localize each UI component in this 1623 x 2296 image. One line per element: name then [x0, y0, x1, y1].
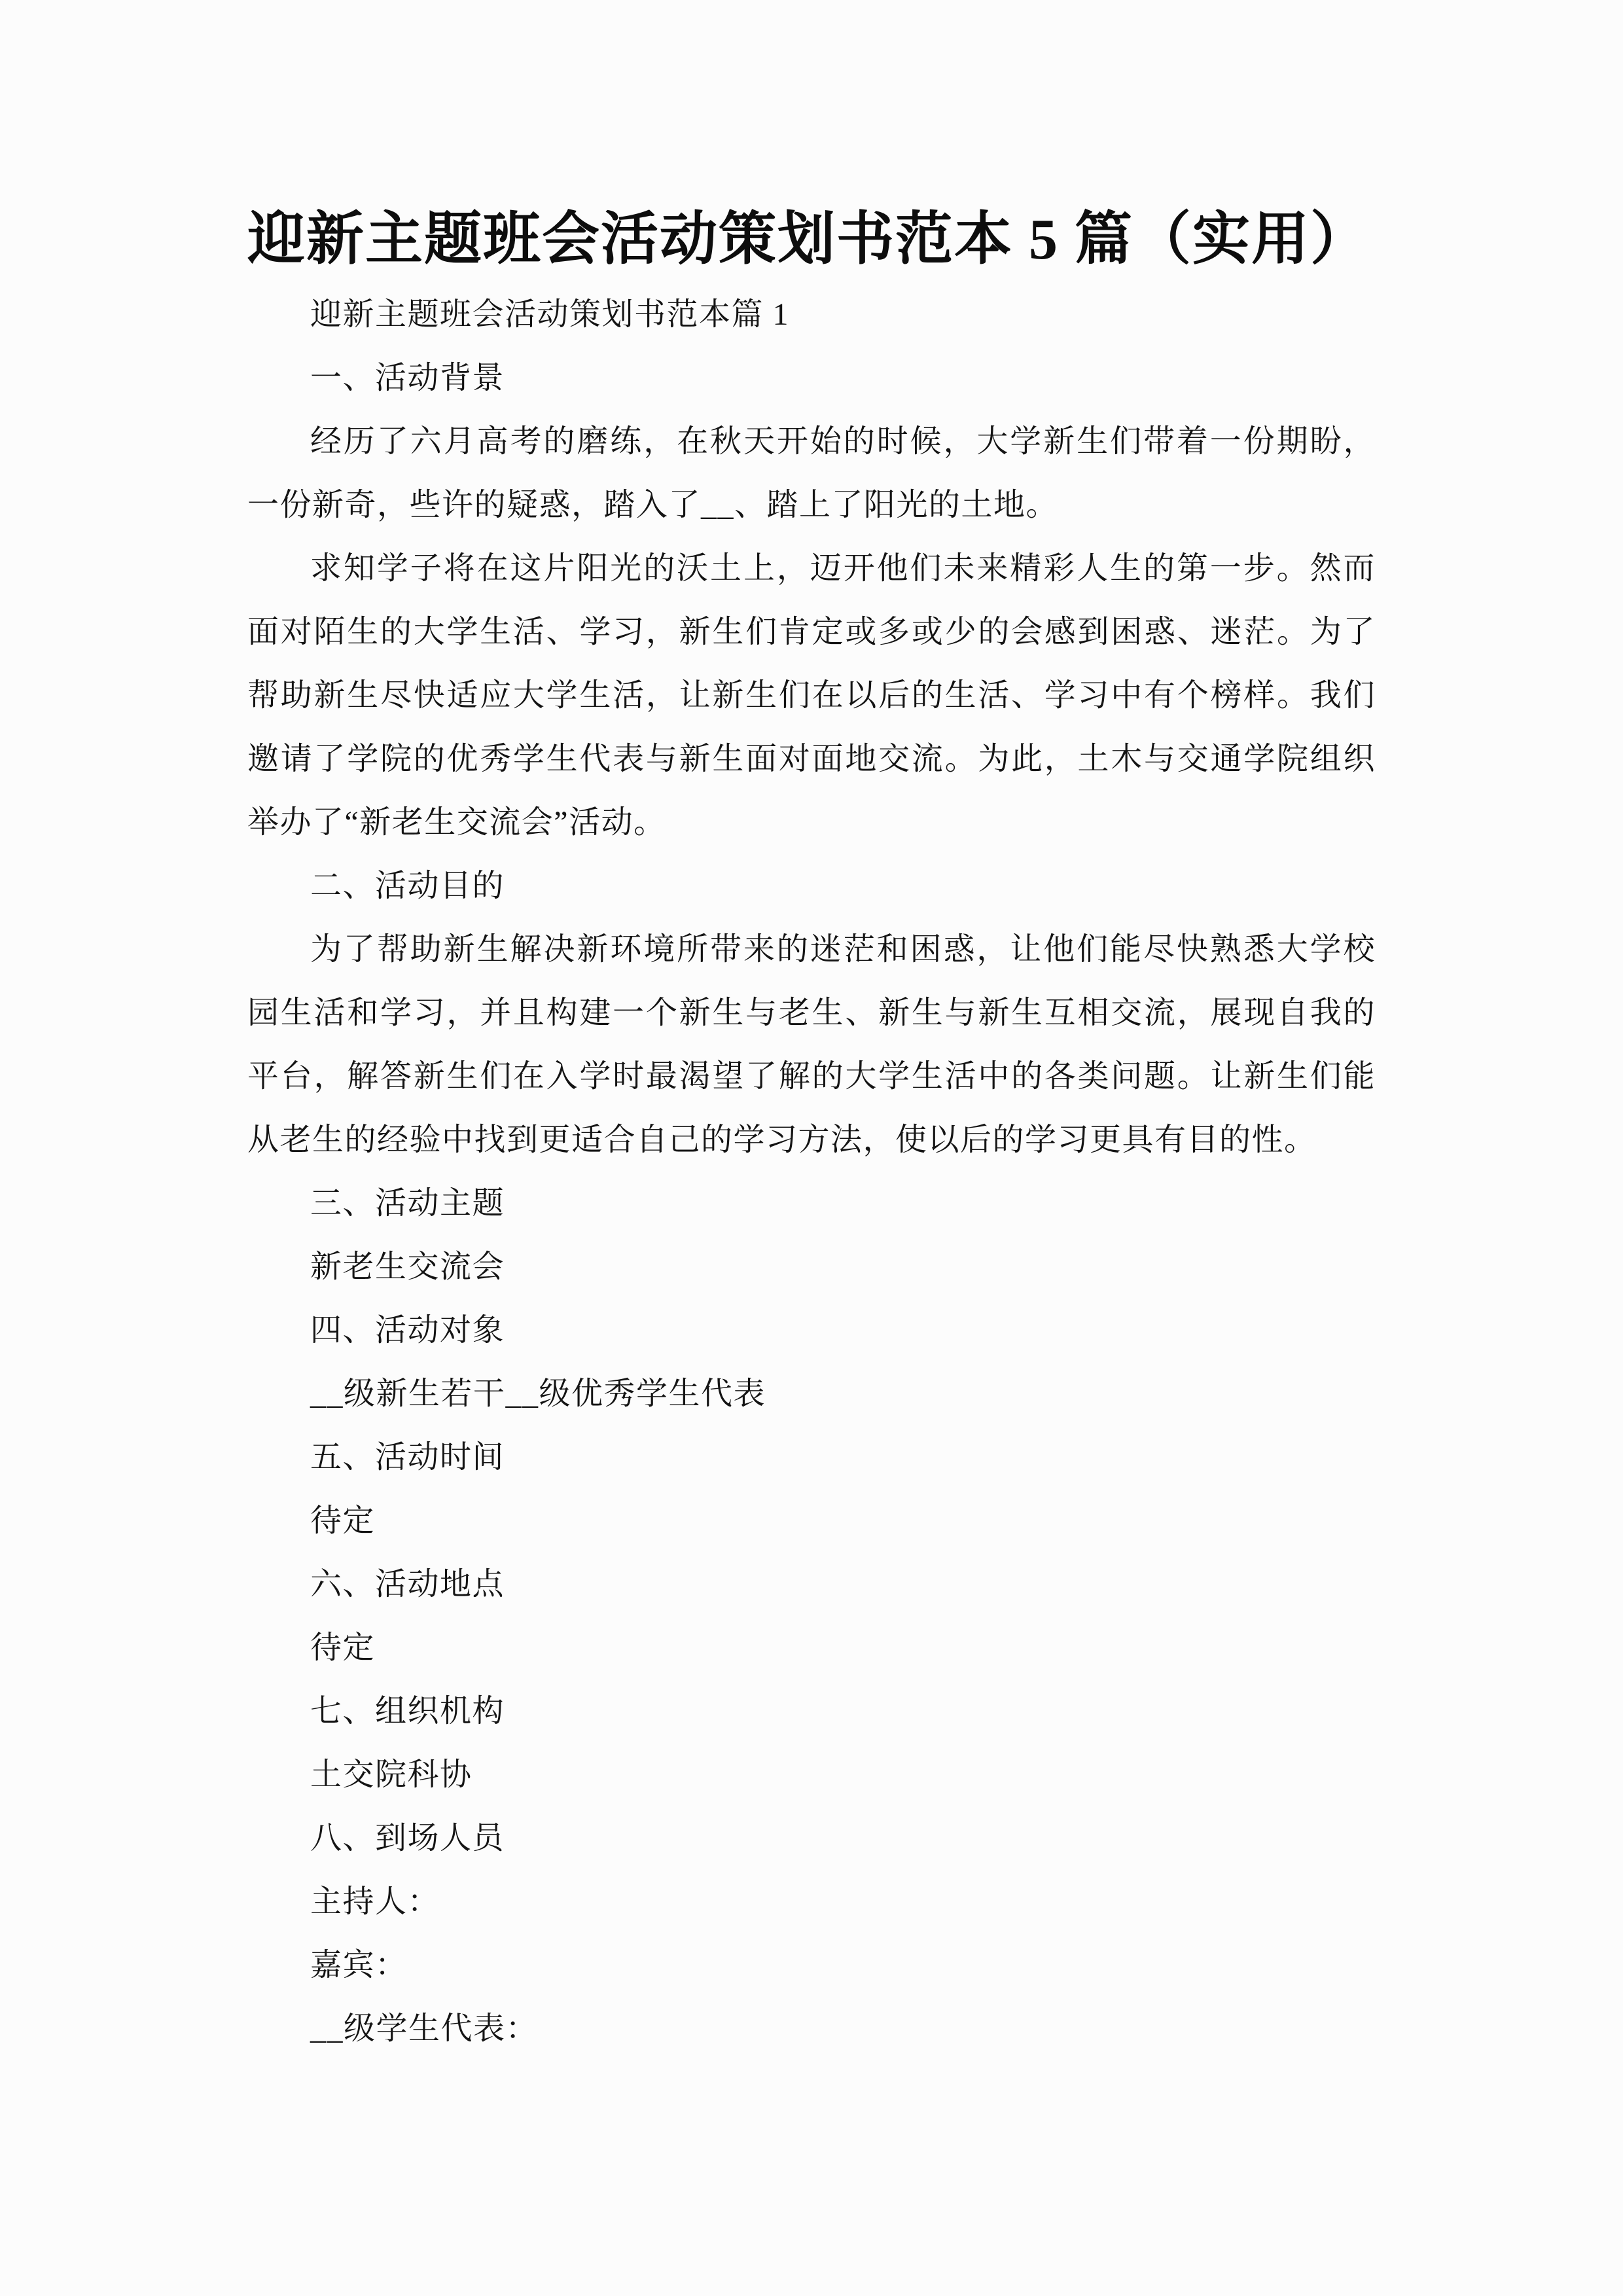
- paragraph: 待定: [247, 1489, 1376, 1552]
- paragraph: 六、活动地点: [247, 1552, 1376, 1616]
- document-body: 迎新主题班会活动策划书范本篇 1 一、活动背景经历了六月高考的磨练，在秋天开始的…: [247, 283, 1376, 2060]
- document-title: 迎新主题班会活动策划书范本 5 篇（实用）: [247, 207, 1369, 273]
- document-page: 迎新主题班会活动策划书范本 5 篇（实用） 迎新主题班会活动策划书范本篇 1 一…: [0, 0, 1623, 2296]
- document-subtitle: 迎新主题班会活动策划书范本篇 1: [247, 283, 1376, 346]
- paragraph: 待定: [247, 1616, 1376, 1679]
- paragraph: 七、组织机构: [247, 1679, 1376, 1743]
- paragraph: 四、活动对象: [247, 1299, 1376, 1362]
- paragraph: 二、活动目的: [247, 854, 1376, 918]
- paragraph: 求知学子将在这片阳光的沃土上，迈开他们未来精彩人生的第一步。然而面对陌生的大学生…: [247, 537, 1376, 854]
- paragraph: 五、活动时间: [247, 1426, 1376, 1489]
- paragraph: 三、活动主题: [247, 1172, 1376, 1235]
- paragraph: 八、到场人员: [247, 1806, 1376, 1870]
- paragraph: 一、活动背景: [247, 346, 1376, 410]
- paragraph: 经历了六月高考的磨练，在秋天开始的时候，大学新生们带着一份期盼，一份新奇，些许的…: [247, 410, 1376, 537]
- paragraph: 嘉宾：: [247, 1933, 1376, 1997]
- paragraph: 新老生交流会: [247, 1235, 1376, 1299]
- paragraph: __级新生若干__级优秀学生代表: [247, 1362, 1376, 1426]
- paragraph: 为了帮助新生解决新环境所带来的迷茫和困惑，让他们能尽快熟悉大学校园生活和学习，并…: [247, 918, 1376, 1172]
- paragraph: 主持人：: [247, 1870, 1376, 1933]
- paragraph: __级学生代表：: [247, 1997, 1376, 2060]
- paragraph: 土交院科协: [247, 1743, 1376, 1806]
